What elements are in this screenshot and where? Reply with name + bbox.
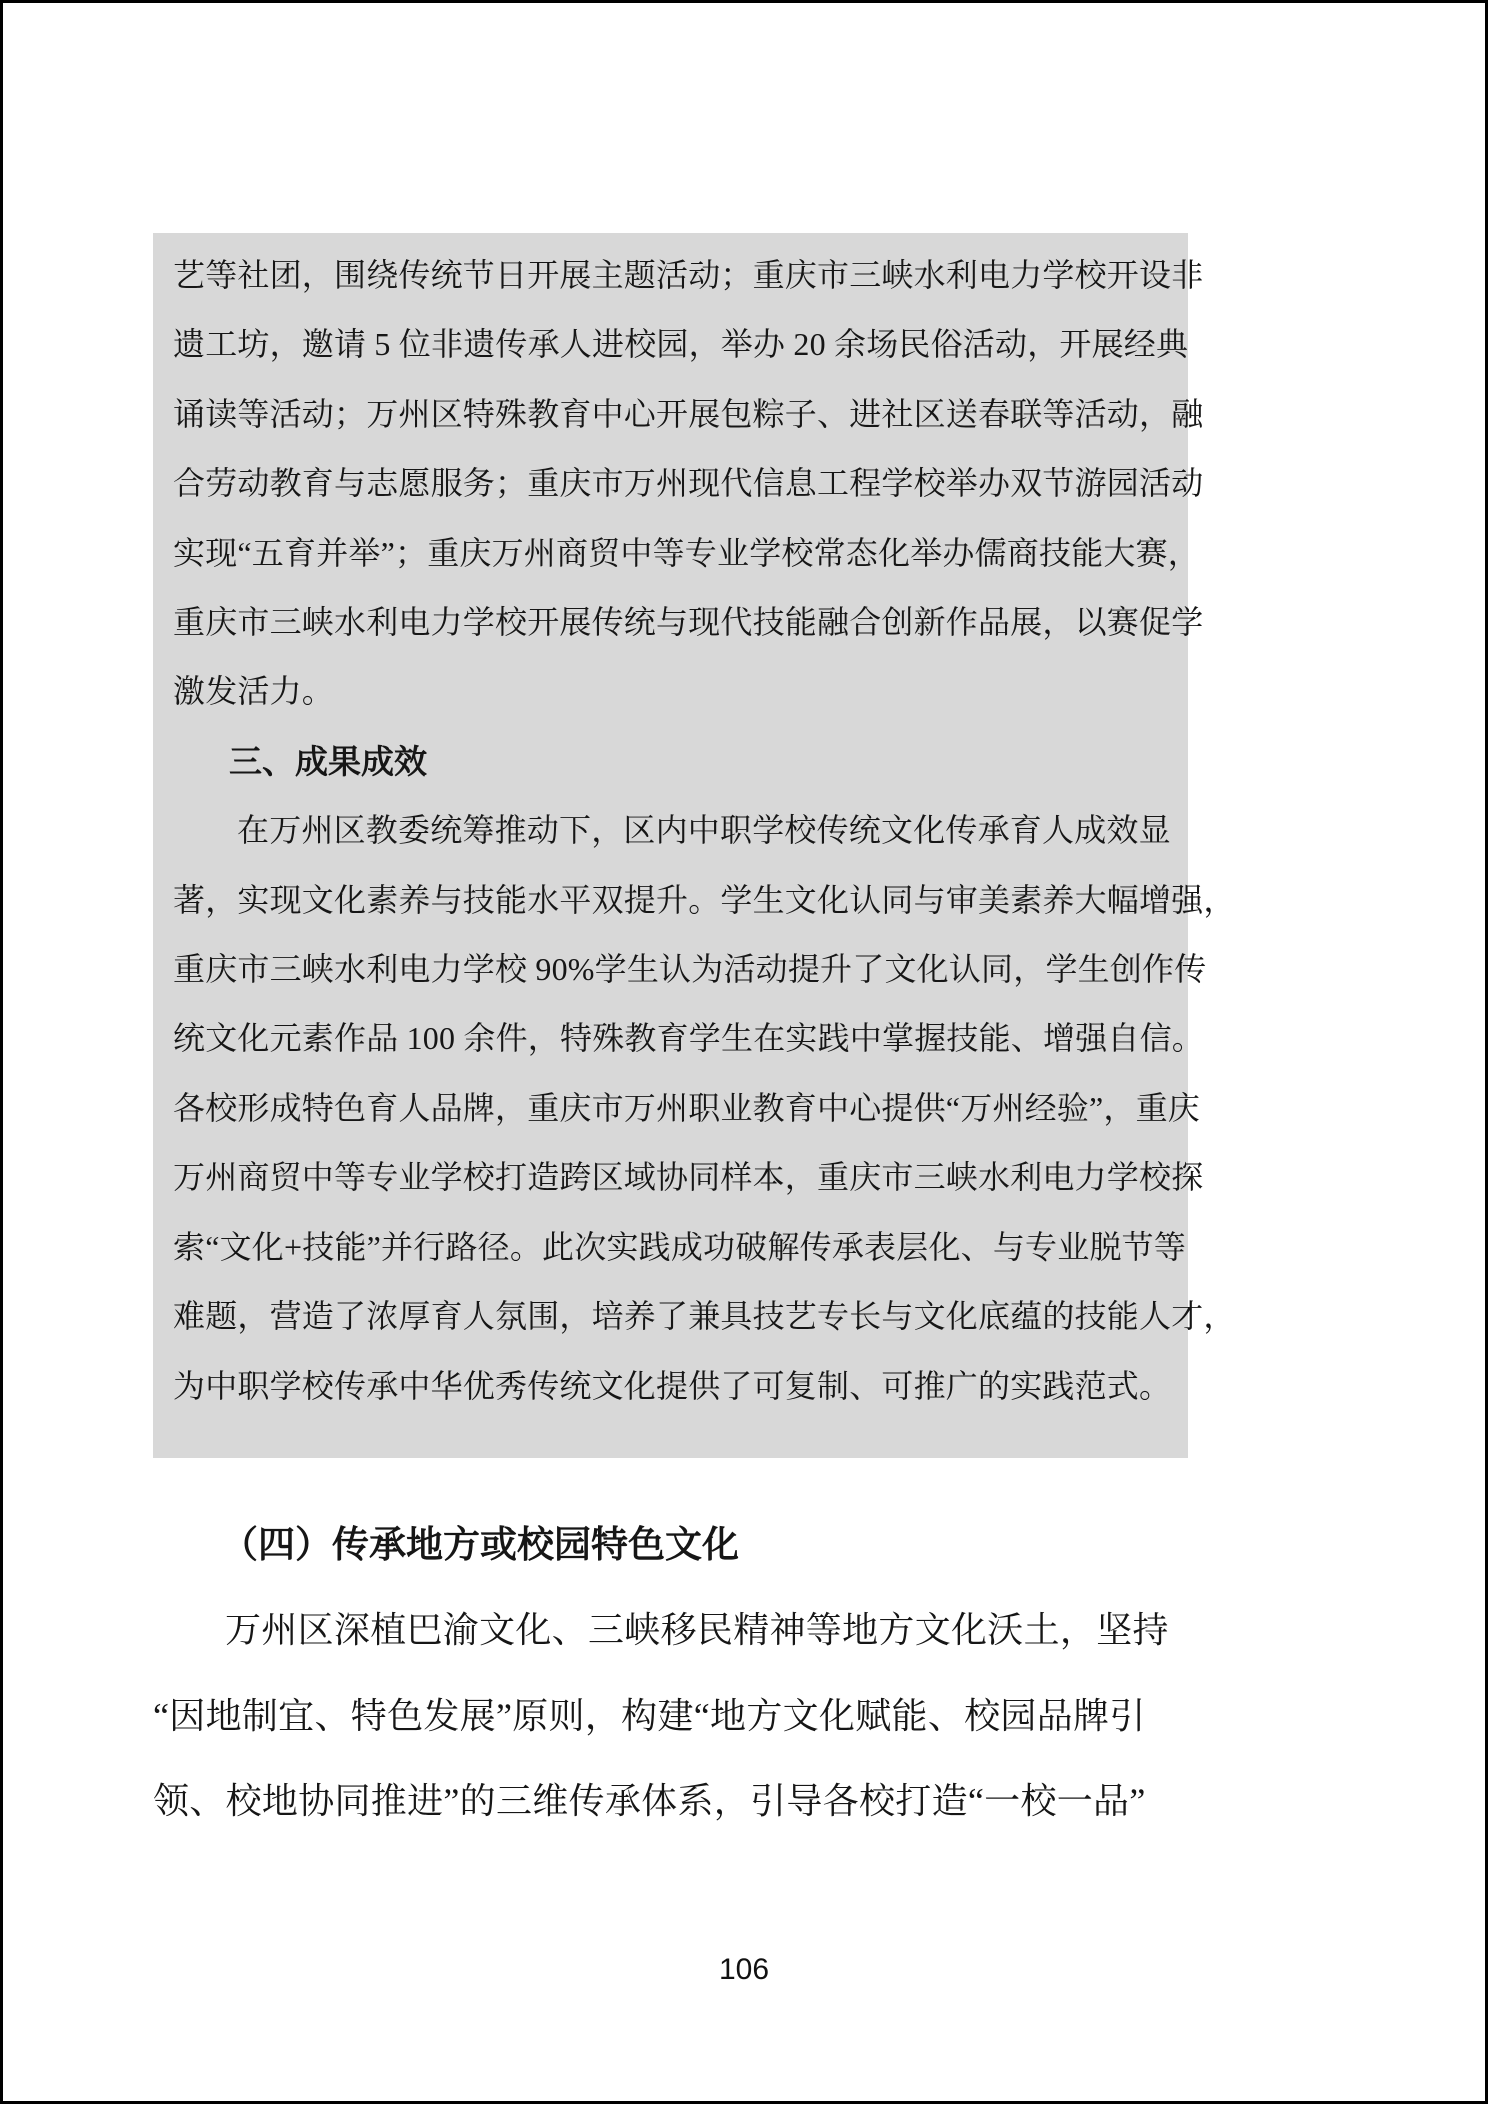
paragraph-line: 遗工坊，邀请 5 位非遗传承人进校园，举办 20 余场民俗活动，开展经典 — [173, 310, 1166, 379]
paragraph-line: 为中职学校传承中华优秀传统文化提供了可复制、可推广的实践范式。 — [173, 1352, 1166, 1421]
section4-paragraph: 万州区深植巴渝文化、三峡移民精神等地方文化沃土，坚持 “因地制宜、特色发展”原则… — [153, 1588, 1188, 1845]
page-number: 106 — [3, 1953, 1485, 1987]
paragraph-line: 领、校地协同推进”的三维传承体系，引导各校打造“一校一品” — [153, 1759, 1188, 1845]
paragraph-line: 诵读等活动；万州区特殊教育中心开展包粽子、进社区送春联等活动，融 — [173, 380, 1166, 449]
paragraph-line: 重庆市三峡水利电力学校开展传统与现代技能融合创新作品展，以赛促学 — [173, 588, 1166, 657]
paragraph-line: 艺等社团，围绕传统节日开展主题活动；重庆市三峡水利电力学校开设非 — [173, 241, 1166, 310]
highlighted-text-block: 艺等社团，围绕传统节日开展主题活动；重庆市三峡水利电力学校开设非 遗工坊，邀请 … — [153, 233, 1188, 1458]
paragraph-line: 难题，营造了浓厚育人氛围，培养了兼具技艺专长与文化底蕴的技能人才， — [173, 1282, 1166, 1351]
paragraph-line: 激发活力。 — [173, 657, 1166, 726]
paragraph-line: 统文化元素作品 100 余件，特殊教育学生在实践中掌握技能、增强自信。 — [173, 1004, 1166, 1073]
document-page: { "page": { "number": "106" }, "colors":… — [0, 0, 1488, 2104]
paragraph-line: 合劳动教育与志愿服务；重庆市万州现代信息工程学校举办双节游园活动 — [173, 449, 1166, 518]
results-section-heading: 三、成果成效 — [173, 727, 1166, 796]
section4-heading: （四）传承地方或校园特色文化 — [153, 1519, 1188, 1571]
paragraph-line: “因地制宜、特色发展”原则，构建“地方文化赋能、校园品牌引 — [153, 1674, 1188, 1760]
paragraph-line: 在万州区教委统筹推动下，区内中职学校传统文化传承育人成效显 — [173, 796, 1166, 865]
paragraph-line: 各校形成特色育人品牌，重庆市万州职业教育中心提供“万州经验”，重庆 — [173, 1074, 1166, 1143]
paragraph-line: 实现“五育并举”；重庆万州商贸中等专业学校常态化举办儒商技能大赛， — [173, 519, 1166, 588]
paragraph-line: 万州商贸中等专业学校打造跨区域协同样本，重庆市三峡水利电力学校探 — [173, 1143, 1166, 1212]
paragraph-line: 重庆市三峡水利电力学校 90%学生认为活动提升了文化认同，学生创作传 — [173, 935, 1166, 1004]
paragraph-line: 索“文化+技能”并行路径。此次实践成功破解传承表层化、与专业脱节等 — [173, 1213, 1166, 1282]
paragraph-line: 万州区深植巴渝文化、三峡移民精神等地方文化沃土，坚持 — [153, 1588, 1188, 1674]
paragraph-line: 著，实现文化素养与技能水平双提升。学生文化认同与审美素养大幅增强， — [173, 866, 1166, 935]
